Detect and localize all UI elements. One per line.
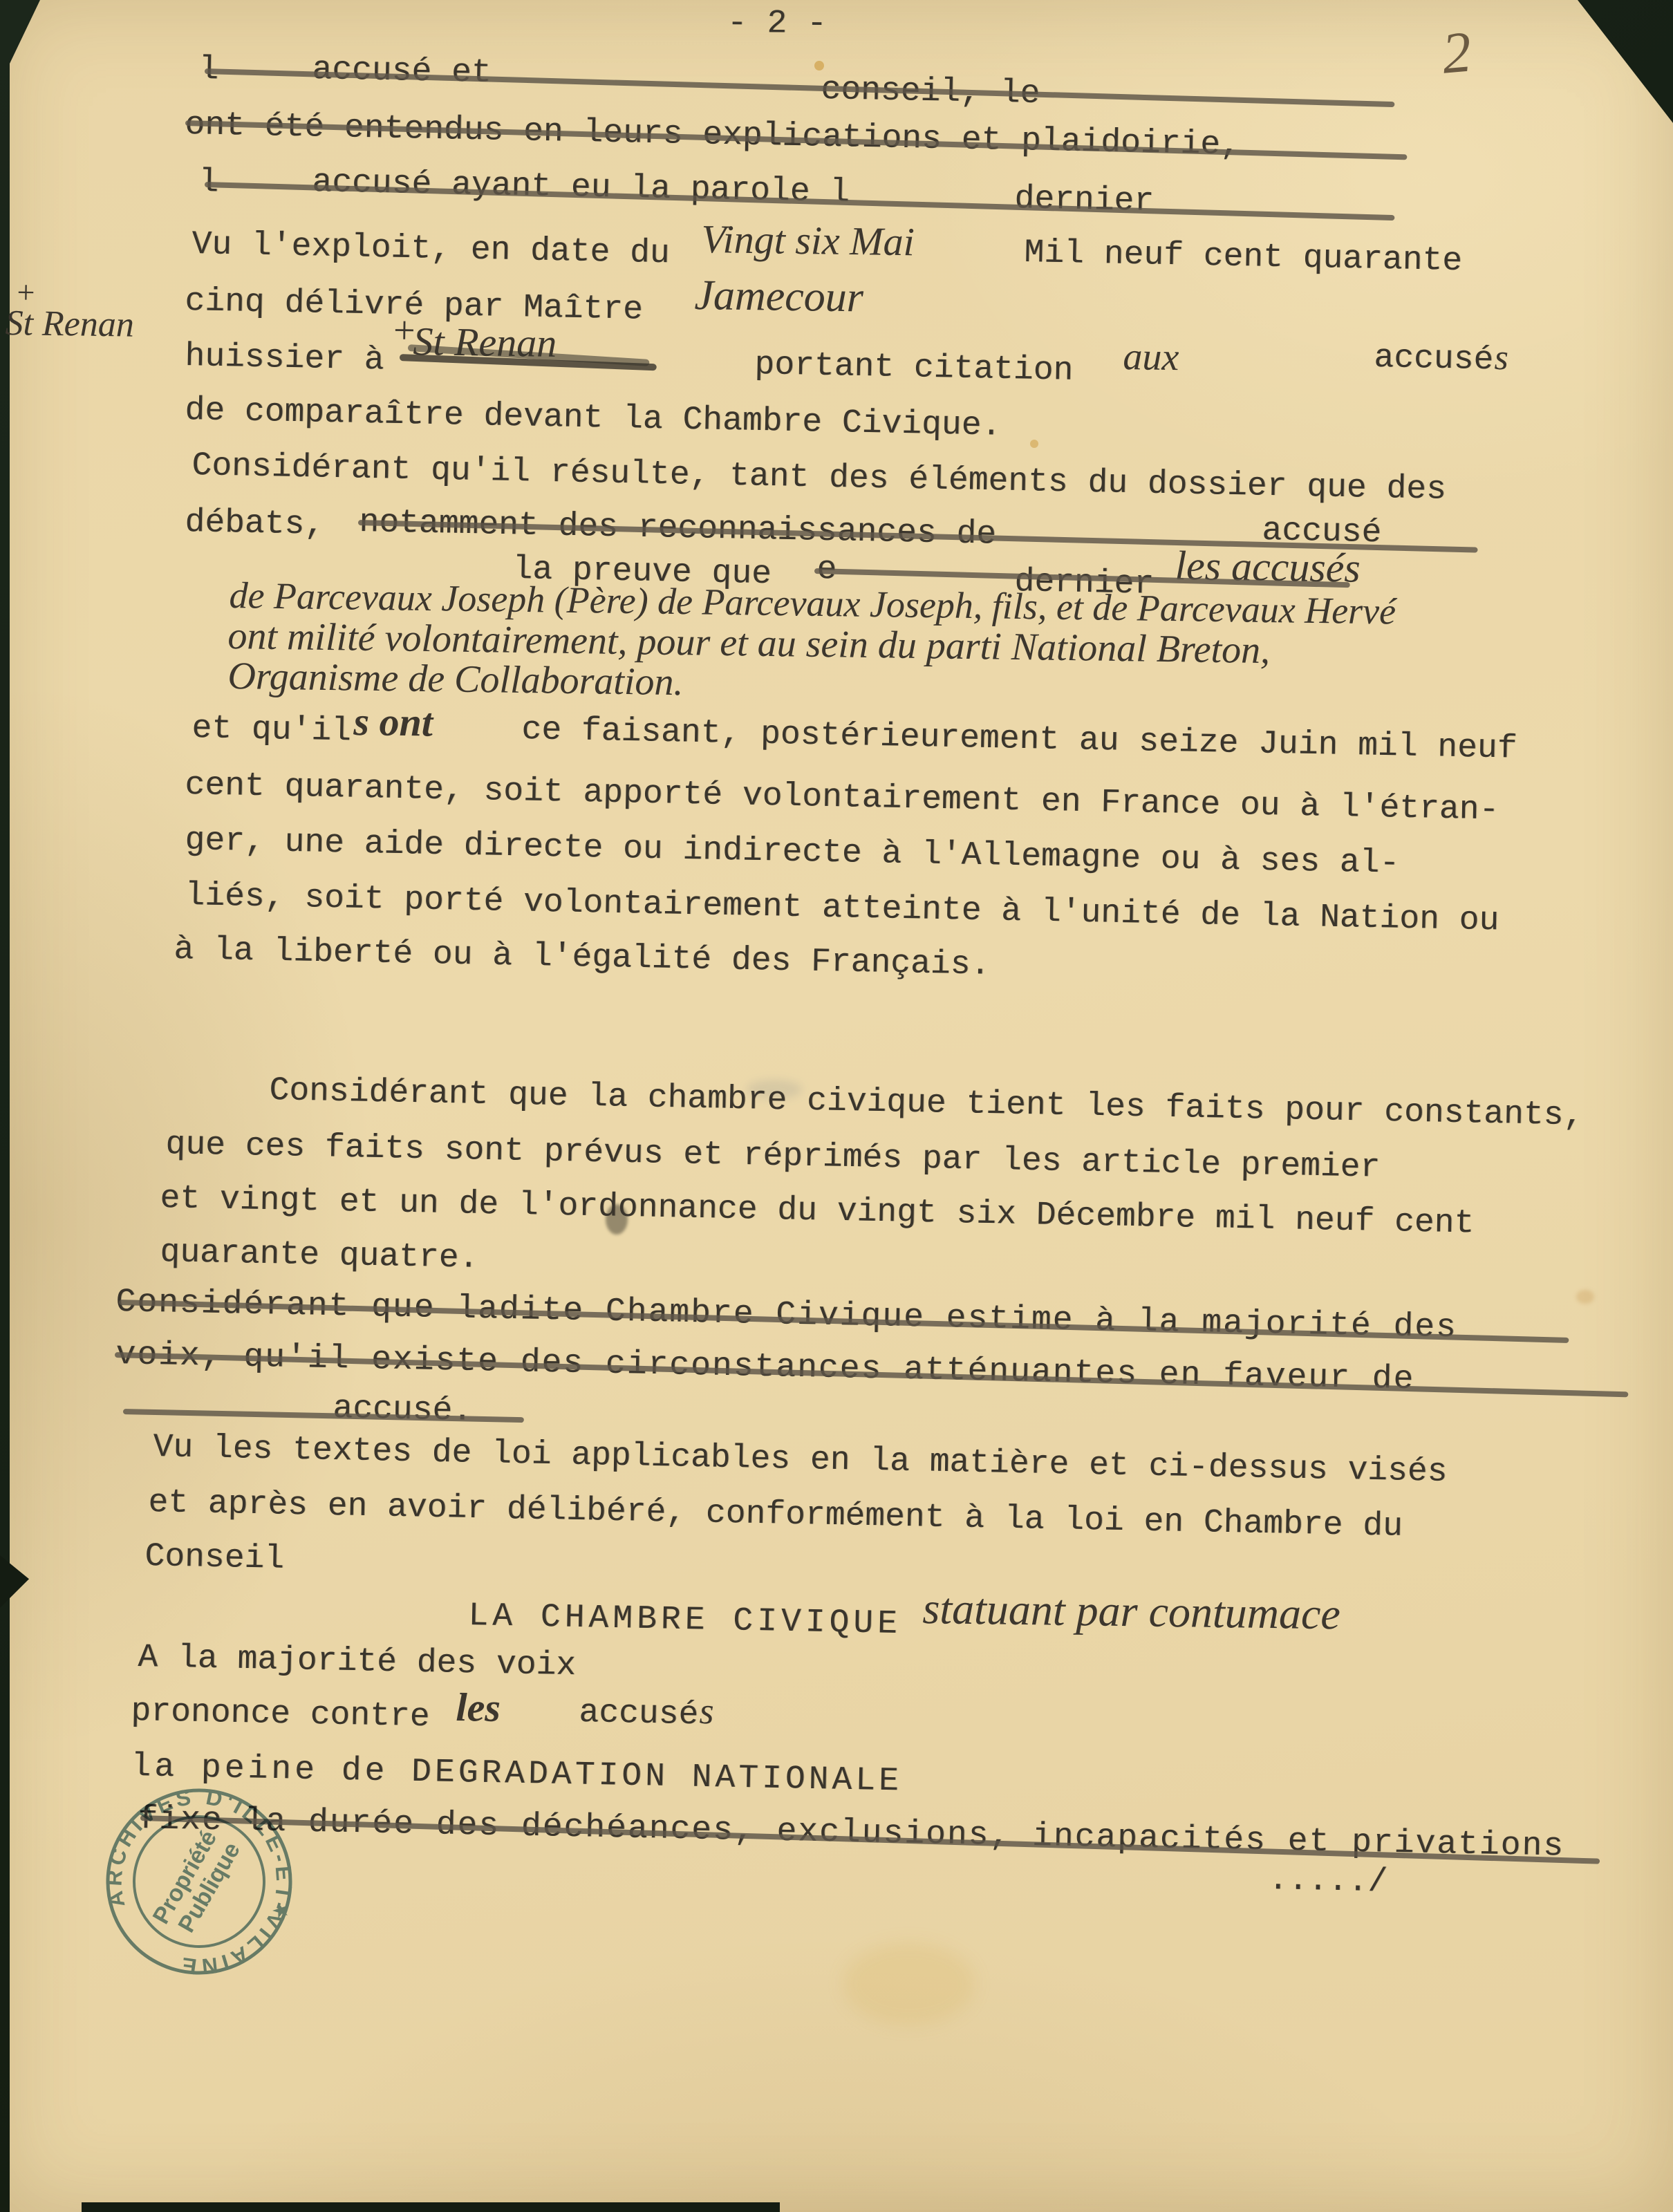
typed-line: accusé <box>579 1695 699 1734</box>
typed-line: dernier <box>1014 181 1155 221</box>
handwritten-organisme-line: Organisme de Collaboration. <box>227 654 684 704</box>
handwritten-les: les <box>456 1684 501 1731</box>
typed-line: et qu'il <box>191 711 351 750</box>
stamp-center-text: Propriété Publique <box>148 1820 248 1941</box>
typed-line: prononce contre <box>131 1694 430 1736</box>
typed-line: huissier à <box>185 339 384 379</box>
handwritten-plural-s: s <box>1494 337 1508 378</box>
handwritten-date: Vingt six Mai <box>701 216 915 265</box>
handwritten-statuant: statuant par contumace <box>922 1583 1340 1640</box>
typed-line: débats, <box>185 505 325 544</box>
typed-line: Conseil <box>144 1539 285 1578</box>
typed-line: quarante quatre. <box>160 1235 479 1277</box>
handwritten-plural-s: s <box>699 1689 714 1732</box>
page-number-typed: - 2 - <box>727 6 827 43</box>
archive-stamp: ARCHIVES D'ILLE-ET-VILAINE Propriété Pub… <box>95 1770 303 1991</box>
typed-line: portant citation <box>754 347 1074 390</box>
handwritten-huissier-name: Jamecour <box>694 271 863 322</box>
handwritten-aux: aux <box>1123 335 1179 379</box>
scanned-document-page: - 2 - 2 l accusé et conseil, le ont été … <box>0 0 1673 2212</box>
handwritten-s-ont: s ont <box>353 698 433 746</box>
bottom-edge-sliver <box>82 2202 780 2212</box>
handwritten-margin-place: St Renan <box>5 303 134 346</box>
typed-continuation-mark: ...../ <box>1268 1862 1388 1901</box>
typed-line: accusé. <box>333 1391 473 1430</box>
typed-line: accusé <box>1374 340 1494 379</box>
page-number-handwritten: 2 <box>1439 18 1474 87</box>
